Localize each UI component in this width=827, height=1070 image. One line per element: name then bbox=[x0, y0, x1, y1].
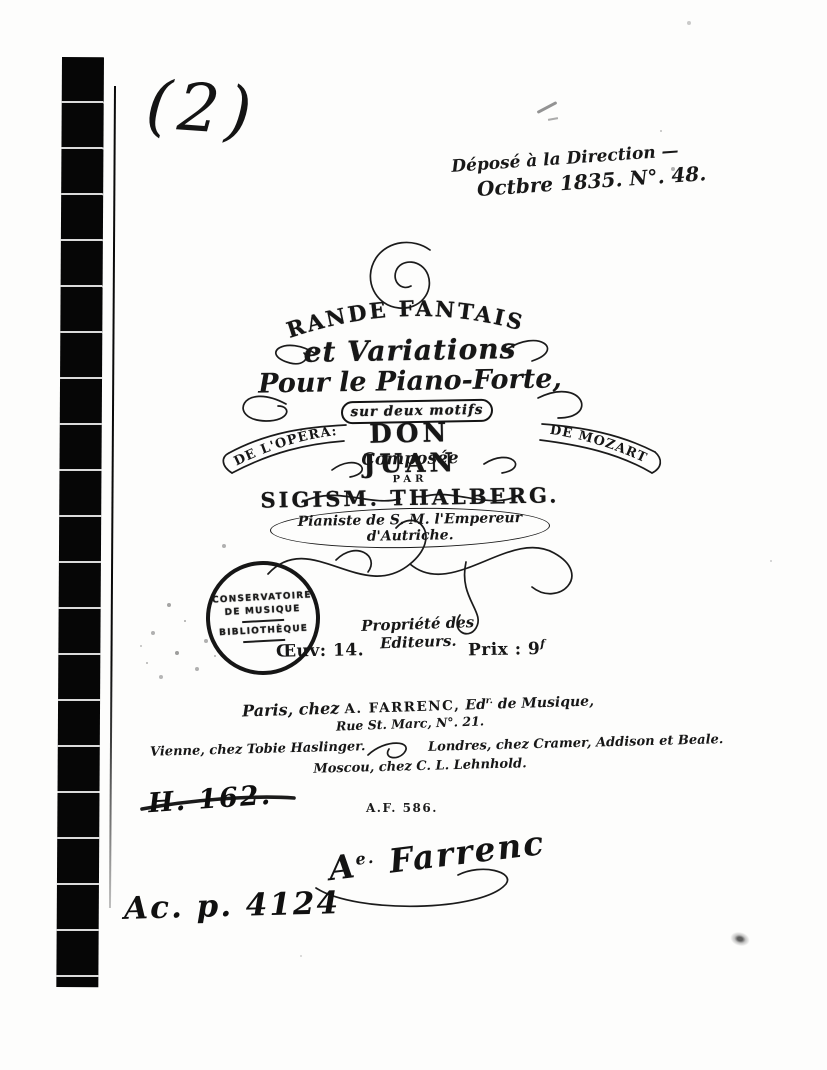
instrument-line: Pour le Piano-Forte, bbox=[250, 363, 570, 400]
composed-label: Composée bbox=[340, 448, 480, 470]
agent-vienna: Vienne, chez Tobie Haslinger. bbox=[150, 739, 366, 760]
publisher-role: Edr. de Musique, bbox=[465, 693, 594, 713]
opera-ribbon-right-text: DE MOZART bbox=[549, 423, 650, 466]
ribbon-right bbox=[652, 452, 660, 473]
swirl bbox=[368, 743, 406, 758]
ribbon-left bbox=[229, 425, 346, 453]
agent-london: Londres, chez Cramer, Addison et Beale. bbox=[428, 732, 724, 755]
page-edge-line bbox=[109, 86, 116, 908]
ink-smudge bbox=[729, 930, 752, 949]
plate-number: A.F. 586. bbox=[366, 801, 438, 815]
pencil-mark bbox=[537, 101, 558, 114]
library-shelfmark: Ac. p. 4124 bbox=[124, 885, 341, 927]
price-value: Prix : 9 bbox=[468, 639, 541, 660]
stamp-rule bbox=[242, 619, 284, 623]
ribbon-left bbox=[232, 441, 344, 473]
opera-ribbon-left-text: DE L'OPÉRA: bbox=[232, 424, 339, 469]
handwritten-page-number: (2) bbox=[143, 66, 260, 151]
grand-flourish bbox=[336, 551, 371, 572]
ribbon-right bbox=[542, 424, 655, 452]
price-unit: f bbox=[540, 637, 545, 650]
stamp-line2: DE MUSIQUE bbox=[224, 604, 300, 618]
publisher-role-sup: r. bbox=[486, 696, 493, 706]
scan-binding-strip bbox=[56, 57, 104, 987]
paris-prefix: Paris, chez bbox=[242, 698, 340, 720]
opus-number: Œuv: 14. bbox=[276, 640, 364, 662]
ribbon-right bbox=[540, 440, 652, 473]
inventory-mark: H. 162. bbox=[147, 780, 273, 820]
composer-title: Pianiste de S. M. l'Empereur d'Autriche. bbox=[270, 506, 551, 551]
deposit-note: Déposé à la Direction — Octbre 1835. N°.… bbox=[451, 139, 707, 203]
signature-name: Farrenc bbox=[387, 823, 547, 881]
publisher-role-post: de Musique, bbox=[498, 693, 595, 712]
publisher-role-pre: Ed bbox=[465, 697, 486, 714]
spiral-ornament bbox=[370, 242, 430, 308]
ribbon-left bbox=[223, 453, 232, 473]
pencil-mark-small bbox=[548, 117, 558, 121]
grand-flourish bbox=[410, 548, 572, 594]
swirl bbox=[243, 396, 287, 421]
price: Prix : 9f bbox=[468, 637, 546, 660]
agent-moscow: Moscou, chez C. L. Lehnhold. bbox=[300, 756, 540, 777]
swirl bbox=[538, 392, 582, 418]
publisher-signature: Ae. Farrenc bbox=[326, 823, 547, 888]
scan-speckles bbox=[0, 0, 2, 2]
signature-superscript: e. bbox=[354, 848, 376, 869]
stamp-line3: BIBLIOTHÈQUE bbox=[219, 624, 309, 639]
